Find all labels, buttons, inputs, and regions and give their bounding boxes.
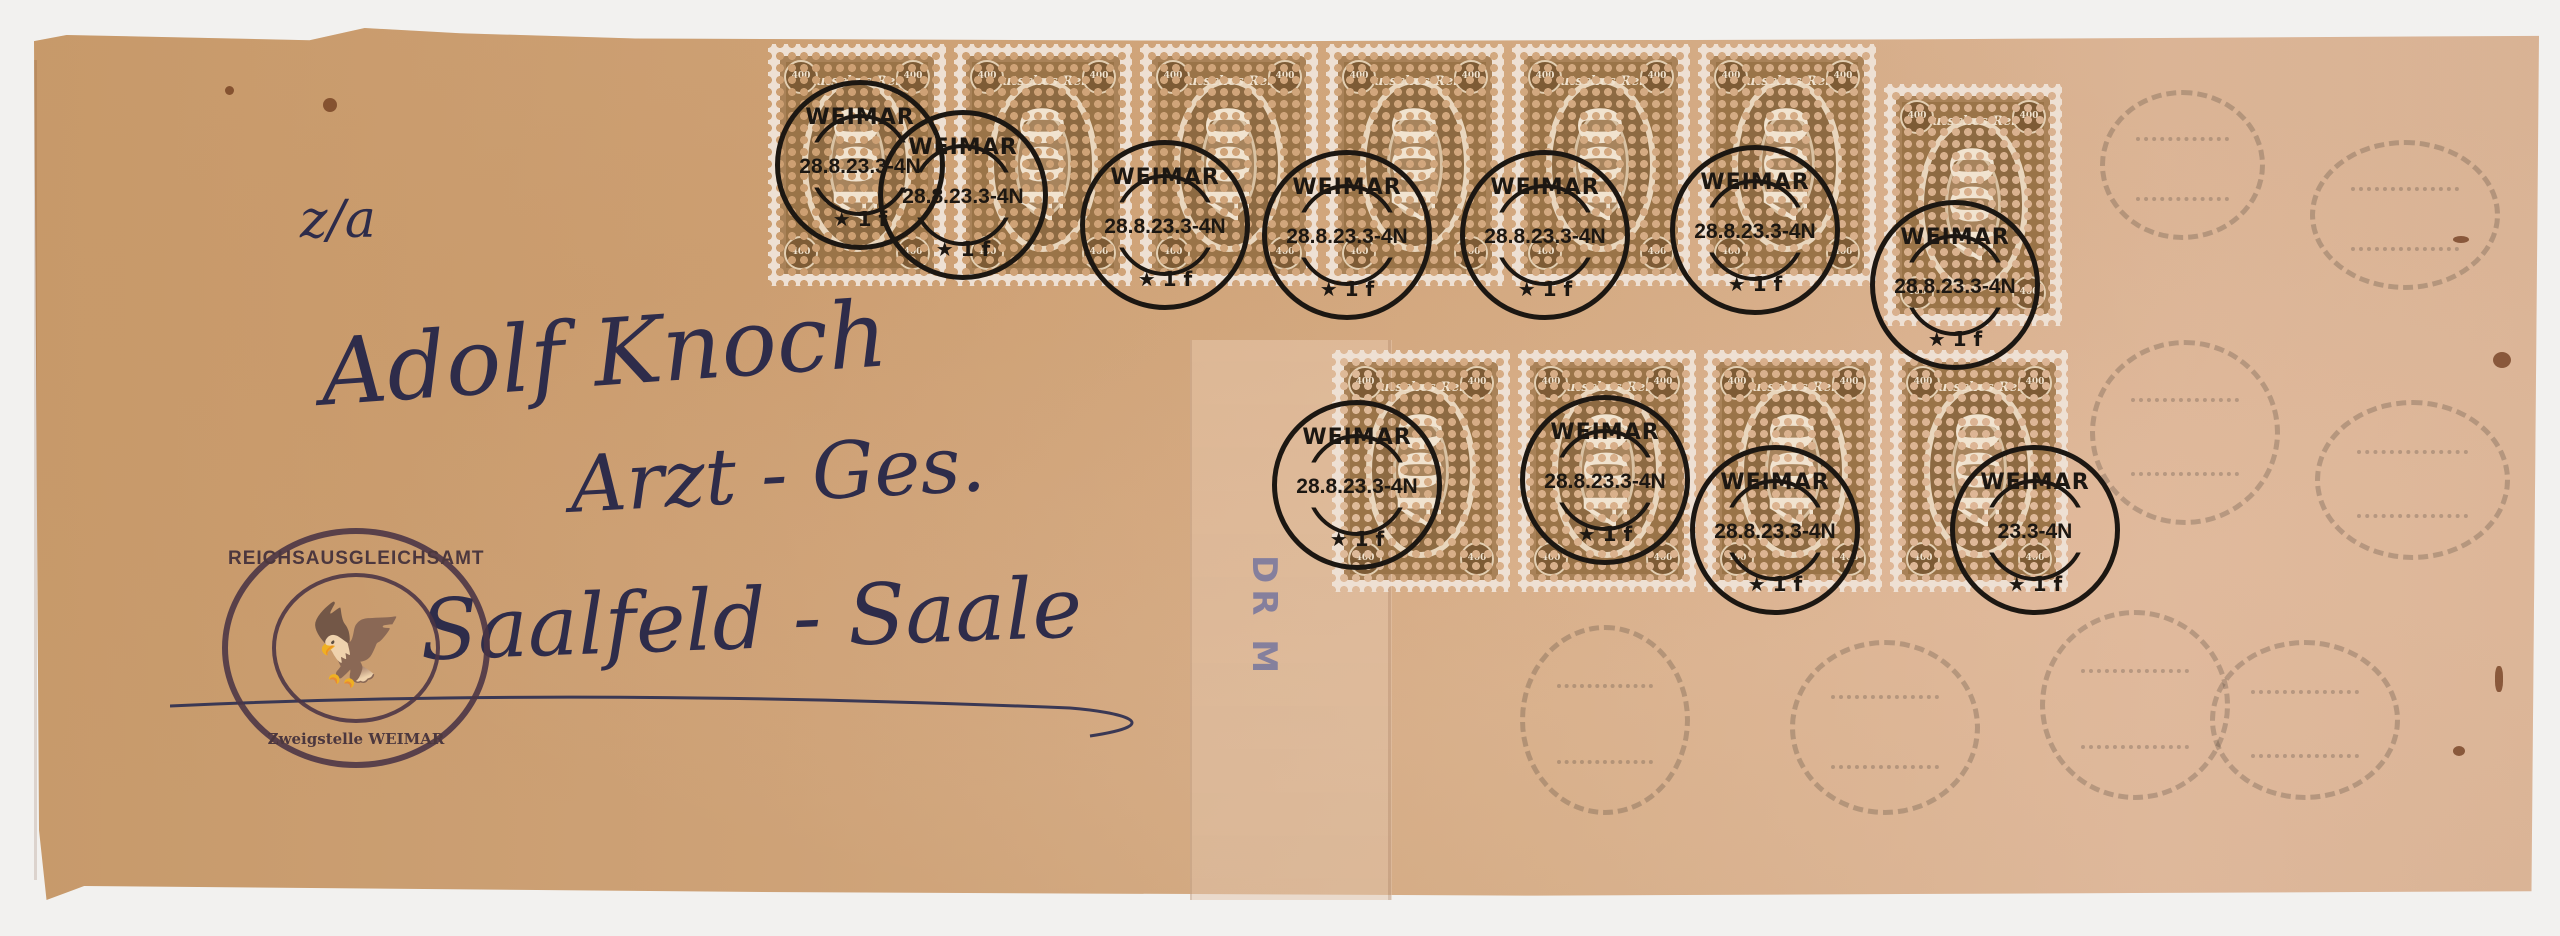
stamp-corner-value: 400 xyxy=(1156,60,1190,94)
weimar-postmark: WEIMAR28.8.23.3-4N★ 1 f xyxy=(1520,395,1690,565)
postmark-date: 28.8.23.3-4N xyxy=(1079,215,1251,239)
stain xyxy=(225,86,234,95)
stamp-corner-value: 400 xyxy=(970,60,1004,94)
blue-mark: DR M xyxy=(1244,555,1284,679)
postmark-city: WEIMAR xyxy=(1675,170,1835,195)
postmark-date: 23.3-4N xyxy=(1949,520,2121,544)
postmark-date: 28.8.23.3-4N xyxy=(1519,470,1691,494)
weimar-postmark: WEIMAR28.8.23.3-4N★ 1 f xyxy=(1272,400,1442,570)
postmark-city: WEIMAR xyxy=(1277,425,1437,450)
stamp-corner-value: 400 xyxy=(1826,60,1860,94)
postmark-code: ★ 1 f xyxy=(1675,272,1835,296)
weimar-postmark: WEIMAR28.8.23.3-4N★ 1 f xyxy=(1460,150,1630,320)
stamp-corner-value: 400 xyxy=(1832,366,1866,400)
weimar-postmark: WEIMAR28.8.23.3-4N★ 1 f xyxy=(1262,150,1432,320)
postmark-code: ★ 1 f xyxy=(883,237,1043,261)
stamp-corner-value: 400 xyxy=(784,236,818,270)
postmark-date: 28.8.23.3-4N xyxy=(1689,520,1861,544)
postmark-city: WEIMAR xyxy=(1955,470,2115,495)
stamp-corner-value: 400 xyxy=(1640,60,1674,94)
seal-bottom-text: Zweigstelle WEIMAR xyxy=(228,730,484,748)
postmark-date: 28.8.23.3-4N xyxy=(1261,225,1433,249)
postmark-code: ★ 1 f xyxy=(1277,527,1437,551)
stamp-corner-value: 400 xyxy=(1534,366,1568,400)
stain xyxy=(2493,352,2511,368)
weimar-postmark: WEIMAR28.8.23.3-4N★ 1 f xyxy=(1690,445,1860,615)
faint-postmark xyxy=(1790,640,1980,815)
crease-line xyxy=(34,60,37,880)
stamp-corner-value: 400 xyxy=(1454,60,1488,94)
faint-postmark xyxy=(2040,610,2230,800)
postmark-city: WEIMAR xyxy=(1695,470,1855,495)
weimar-postmark: WEIMAR28.8.23.3-4N★ 1 f xyxy=(1670,145,1840,315)
stamp-corner-value: 400 xyxy=(1460,542,1494,576)
weimar-postmark: WEIMAR28.8.23.3-4N★ 1 f xyxy=(1080,140,1250,310)
stamp-corner-value: 400 xyxy=(1528,60,1562,94)
eagle-icon: 🦅 xyxy=(307,601,404,692)
postmark-code: ★ 1 f xyxy=(1695,572,1855,596)
postmark-code: ★ 1 f xyxy=(1085,267,1245,291)
stamp-corner-value: 400 xyxy=(1268,60,1302,94)
stamp-corner-value: 400 xyxy=(1714,60,1748,94)
official-seal: 🦅 REICHSAUSGLEICHSAMT Zweigstelle WEIMAR xyxy=(222,528,490,768)
postmark-code: ★ 1 f xyxy=(1465,277,1625,301)
stamp-corner-value: 400 xyxy=(1348,366,1382,400)
stamp-corner-value: 400 xyxy=(1460,366,1494,400)
stamp-corner-value: 400 xyxy=(1906,542,1940,576)
stamp-corner-value: 400 xyxy=(1906,366,1940,400)
faint-postmark xyxy=(1520,625,1690,815)
postmark-code: ★ 1 f xyxy=(1267,277,1427,301)
faint-postmark xyxy=(2210,640,2400,800)
stamp-corner-value: 400 xyxy=(1082,60,1116,94)
stamp-corner-value: 400 xyxy=(1900,100,1934,134)
faint-postmark xyxy=(2315,400,2510,560)
seal-top-text: REICHSAUSGLEICHSAMT xyxy=(228,548,484,570)
postmark-date: 28.8.23.3-4N xyxy=(877,185,1049,209)
postmark-city: WEIMAR xyxy=(1267,175,1427,200)
postmark-date: 28.8.23.3-4N xyxy=(1271,475,1443,499)
postmark-date: 28.8.23.3-4N xyxy=(1669,220,1841,244)
stamp-corner-value: 400 xyxy=(1646,366,1680,400)
postmark-city: WEIMAR xyxy=(1085,165,1245,190)
postmark-code: ★ 1 f xyxy=(1525,522,1685,546)
weimar-postmark: WEIMAR28.8.23.3-4N★ 1 f xyxy=(1870,200,2040,370)
faint-postmark xyxy=(2090,340,2280,525)
weimar-postmark: WEIMAR23.3-4N★ 1 f xyxy=(1950,445,2120,615)
postmark-city: WEIMAR xyxy=(1875,225,2035,250)
postmark-code: ★ 1 f xyxy=(1955,572,2115,596)
faint-postmark xyxy=(2310,140,2500,290)
stamp-corner-value: 400 xyxy=(896,60,930,94)
stain xyxy=(2495,666,2503,692)
postmark-date: 28.8.23.3-4N xyxy=(1869,275,2041,299)
postmark-city: WEIMAR xyxy=(1465,175,1625,200)
weimar-postmark: WEIMAR28.8.23.3-4N★ 1 f xyxy=(878,110,1048,280)
postmark-date: 28.8.23.3-4N xyxy=(1459,225,1631,249)
stamp-corner-value: 400 xyxy=(2018,366,2052,400)
postmark-code: ★ 1 f xyxy=(1875,327,2035,351)
stamp-corner-value: 400 xyxy=(1342,60,1376,94)
stain xyxy=(323,98,337,112)
stain xyxy=(2453,746,2465,756)
stamp-corner-value: 400 xyxy=(784,60,818,94)
stamp-corner-value: 400 xyxy=(1720,366,1754,400)
address-prefix: z/a xyxy=(300,190,376,250)
faint-postmark xyxy=(2100,90,2265,240)
postmark-city: WEIMAR xyxy=(883,135,1043,160)
stamp-corner-value: 400 xyxy=(2012,100,2046,134)
postmark-city: WEIMAR xyxy=(1525,420,1685,445)
